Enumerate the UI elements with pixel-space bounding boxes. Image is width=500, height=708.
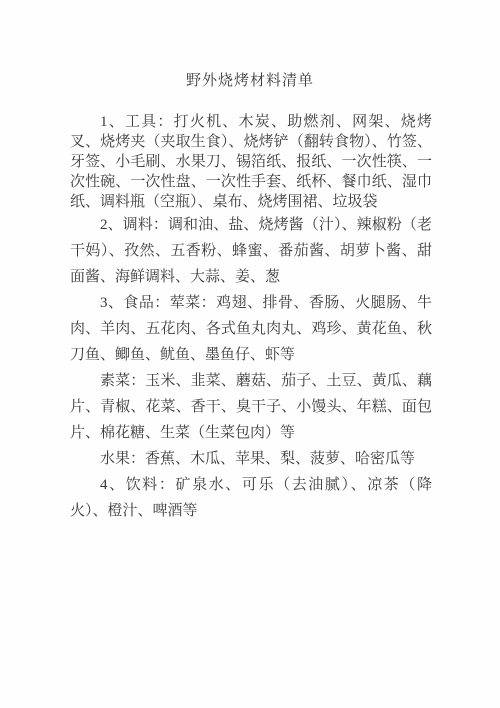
paragraph-food-fruits: 水果：香蕉、木瓜、苹果、梨、菠萝、哈密瓜等: [0, 446, 500, 472]
document-title: 野外烧烤材料清单: [0, 0, 500, 91]
paragraph-food-vegetable-dishes: 素菜：玉米、韭菜、蘑菇、茄子、土豆、黄瓜、藕片、青椒、花菜、香干、臭干子、小馒头…: [0, 368, 500, 446]
paragraph-seasonings: 2、调料：调和油、盐、烧烤酱（汁）、辣椒粉（老干妈）、孜然、五香粉、蜂蜜、番茄酱…: [0, 212, 500, 290]
document-page: 野外烧烤材料清单 1、工具：打火机、木炭、助燃剂、网架、烧烤叉、烧烤夹（夹取生食…: [0, 0, 500, 708]
paragraph-food-meat-dishes: 3、食品：荤菜：鸡翅、排骨、香肠、火腿肠、牛肉、羊肉、五花肉、各式鱼丸肉丸、鸡珍…: [0, 290, 500, 368]
paragraph-drinks: 4、饮料：矿泉水、可乐（去油腻）、凉茶（降火）、橙汁、啤酒等: [0, 472, 500, 524]
paragraph-tools: 1、工具：打火机、木炭、助燃剂、网架、烧烤叉、烧烤夹（夹取生食）、烧烤铲（翻转食…: [0, 112, 500, 212]
